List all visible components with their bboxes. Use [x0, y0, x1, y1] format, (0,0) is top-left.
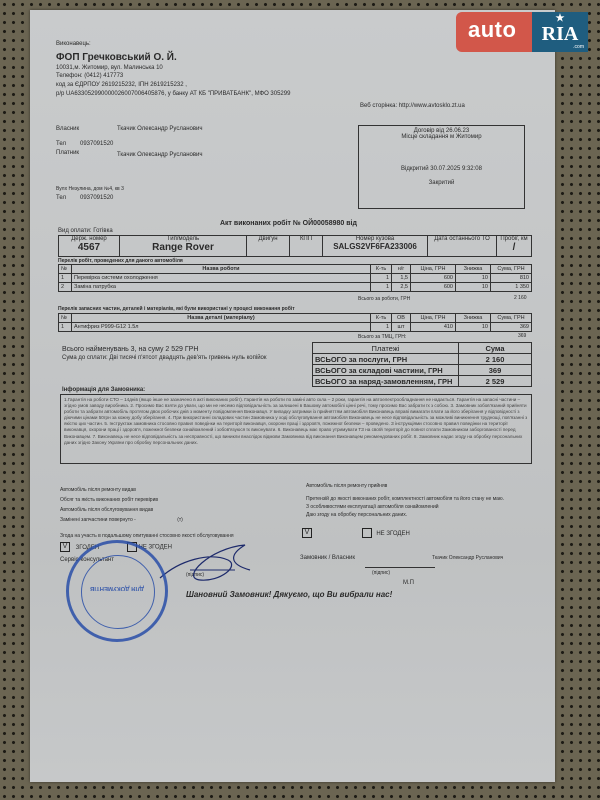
payer-phone: 0937091520 — [80, 195, 113, 201]
vin-number: SALGS2VF6FA233006 — [325, 242, 425, 251]
customer-signature-label: (підпис) — [372, 570, 390, 576]
payment-type: Вид оплати: Готівка — [58, 228, 113, 234]
payer-name: Ткачик Олександр Русланович — [117, 152, 203, 158]
parts-caption: Перелік запасних частин, деталей і матер… — [58, 306, 295, 312]
contractor-phone: Телефон: (0412) 417773 — [56, 73, 123, 79]
acceptance-left: Автомобіль після ремонту видав Обсяг та … — [60, 485, 183, 525]
contractor-bank: р/р UA633052990000026007006405876, у бан… — [56, 91, 290, 97]
payer-label: Платник — [56, 150, 79, 156]
vehicle-model: Range Rover — [122, 242, 244, 253]
vehicle-table: Держ. номер4567 Тип/модельRange Rover Дв… — [58, 235, 532, 257]
parts-table: № Назва деталі (матеріалу) К-ть ОВ Ціна,… — [58, 313, 532, 332]
mileage: / — [499, 242, 529, 253]
watermark-ria: ★ RIA .com — [532, 12, 588, 52]
acceptance-right: Автомобіль після ремонту прийняв Претенз… — [306, 482, 531, 519]
table-row: ВСЬОГО за наряд-замовленням, ГРН2 529 — [313, 376, 532, 387]
contractor-address: 10031,м. Житомир, вул. Малинська 10 — [56, 65, 163, 71]
payer-address-note: Вулх Незулина, дом №4, кв 3 — [56, 186, 124, 192]
contractor-website: Веб сторінка: http://www.avtosklo.zt.ua — [360, 103, 465, 109]
contractor-name: ФОП Гречковський О. Й. — [56, 52, 177, 63]
data-disagree-checkbox[interactable] — [362, 528, 372, 538]
table-row: 1Антифриз Р999-G12 1.5л 1шт 41010 369 — [59, 323, 532, 332]
contract-place: Місце складання м Житомир — [359, 134, 524, 140]
info-title: Інформація для Замовника: — [62, 387, 145, 393]
payer-phone-label: Тел — [56, 195, 66, 201]
company-stamp: ДЛЯ ДОКУМЕНТІВ — [66, 540, 168, 642]
data-agree-checkbox[interactable]: V — [302, 528, 312, 538]
agree-checkbox[interactable]: V — [60, 542, 70, 552]
autoria-watermark: auto ★ RIA .com — [456, 12, 588, 52]
works-table: № Назва роботи К-ть н/г Ціна, ГРН Знижка… — [58, 264, 532, 292]
owner-name: Ткачик Олександр Русланович — [117, 126, 203, 132]
contract-info-box: Договір від 26.06.23 Місце складання м Ж… — [358, 125, 525, 209]
table-row: 2Заміна патрубка 12,5 60010 1 350 — [59, 283, 532, 292]
closed-status: Закритий — [359, 180, 524, 186]
contractor-codes: код за ЄДРПОУ 2619215232, ІПН 2619215232… — [56, 82, 187, 88]
data-consent-options: V НЕ ЗГОДЕН — [302, 528, 410, 538]
opened-datetime: Відкритий 30.07.2025 9:32:08 — [359, 166, 524, 172]
owner-label: Власник — [56, 126, 79, 132]
plate-number: 4567 — [61, 242, 117, 253]
summary-table: ПлатежіСума ВСЬОГО за послуги, ГРН2 160 … — [312, 342, 532, 387]
table-row: 1Перевірка системи охолодження 11,5 6001… — [59, 274, 532, 283]
table-row: ВСЬОГО за послуги, ГРН2 160 — [313, 354, 532, 365]
customer-info-text: 1.Гарантія на роботи СТО – 14днів (якщо … — [60, 394, 532, 464]
parts-total: 369 — [518, 333, 526, 339]
seal-label: М.П — [403, 580, 414, 586]
owner-phone-label: Тел — [56, 141, 66, 147]
customer-signature-line — [365, 567, 435, 568]
watermark-auto: auto — [456, 12, 532, 52]
contractor-label: Виконавець: — [56, 41, 91, 47]
thank-you-message: Шановний Замовник! Дякуємо, що Ви вибрал… — [186, 590, 392, 599]
table-row: ВСЬОГО за складові частини, ГРН369 — [313, 365, 532, 376]
act-title: Акт виконаних робіт № ОЙ00058980 від — [220, 220, 357, 227]
survey-consent-question: Згода на участь в подальшому опитуванні … — [60, 533, 234, 539]
works-total-label: Всього за роботи, ГРН — [358, 296, 410, 302]
parts-total-label: Всього за ТМЦ, ГРН: — [358, 334, 406, 340]
items-count-line: Всього найменувань 3, на суму 2 529 ГРН — [62, 346, 198, 353]
works-total: 2 160 — [514, 295, 527, 301]
customer-name: Ткачик Олександр Русланович — [432, 555, 503, 561]
customer-label: Замовник / Власник — [300, 555, 355, 561]
amount-in-words: Сума до сплати: Дві тисячі п'ятсот двадц… — [62, 354, 302, 362]
owner-phone: 0937091520 — [80, 141, 113, 147]
